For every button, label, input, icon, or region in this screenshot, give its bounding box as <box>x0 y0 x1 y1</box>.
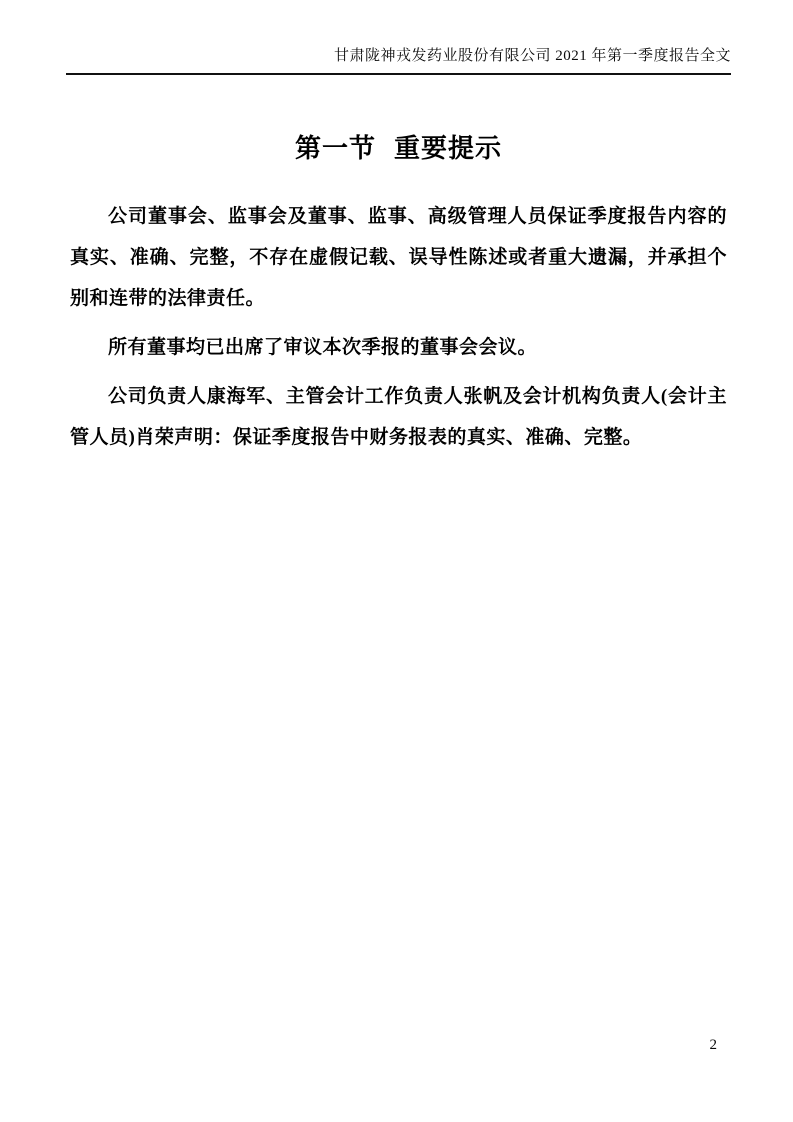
document-body: 第一节 重要提示 公司董事会、监事会及董事、监事、高级管理人员保证季度报告内容的… <box>0 133 793 458</box>
section-title: 第一节 重要提示 <box>70 133 727 165</box>
paragraph-board-statement: 公司董事会、监事会及董事、监事、高级管理人员保证季度报告内容的真实、准确、完整，… <box>70 196 727 319</box>
running-header-text: 甘肃陇神戎发药业股份有限公司 2021 年第一季度报告全文 <box>66 47 731 66</box>
paragraph-responsibility-declaration: 公司负责人康海军、主管会计工作负责人张帆及会计机构负责人(会计主管人员)肖荣声明… <box>70 376 727 458</box>
section-text: 公司董事会、监事会及董事、监事、高级管理人员保证季度报告内容的真实、准确、完整，… <box>70 196 727 458</box>
page-header: 甘肃陇神戎发药业股份有限公司 2021 年第一季度报告全文 <box>0 0 793 83</box>
header-rule: 甘肃陇神戎发药业股份有限公司 2021 年第一季度报告全文 <box>66 47 731 75</box>
page-number: 2 <box>710 1037 718 1053</box>
page-footer: 2 <box>710 1036 718 1055</box>
document-page: 甘肃陇神戎发药业股份有限公司 2021 年第一季度报告全文 第一节 重要提示 公… <box>0 0 793 1122</box>
paragraph-directors-attendance: 所有董事均已出席了审议本次季报的董事会会议。 <box>70 327 727 368</box>
